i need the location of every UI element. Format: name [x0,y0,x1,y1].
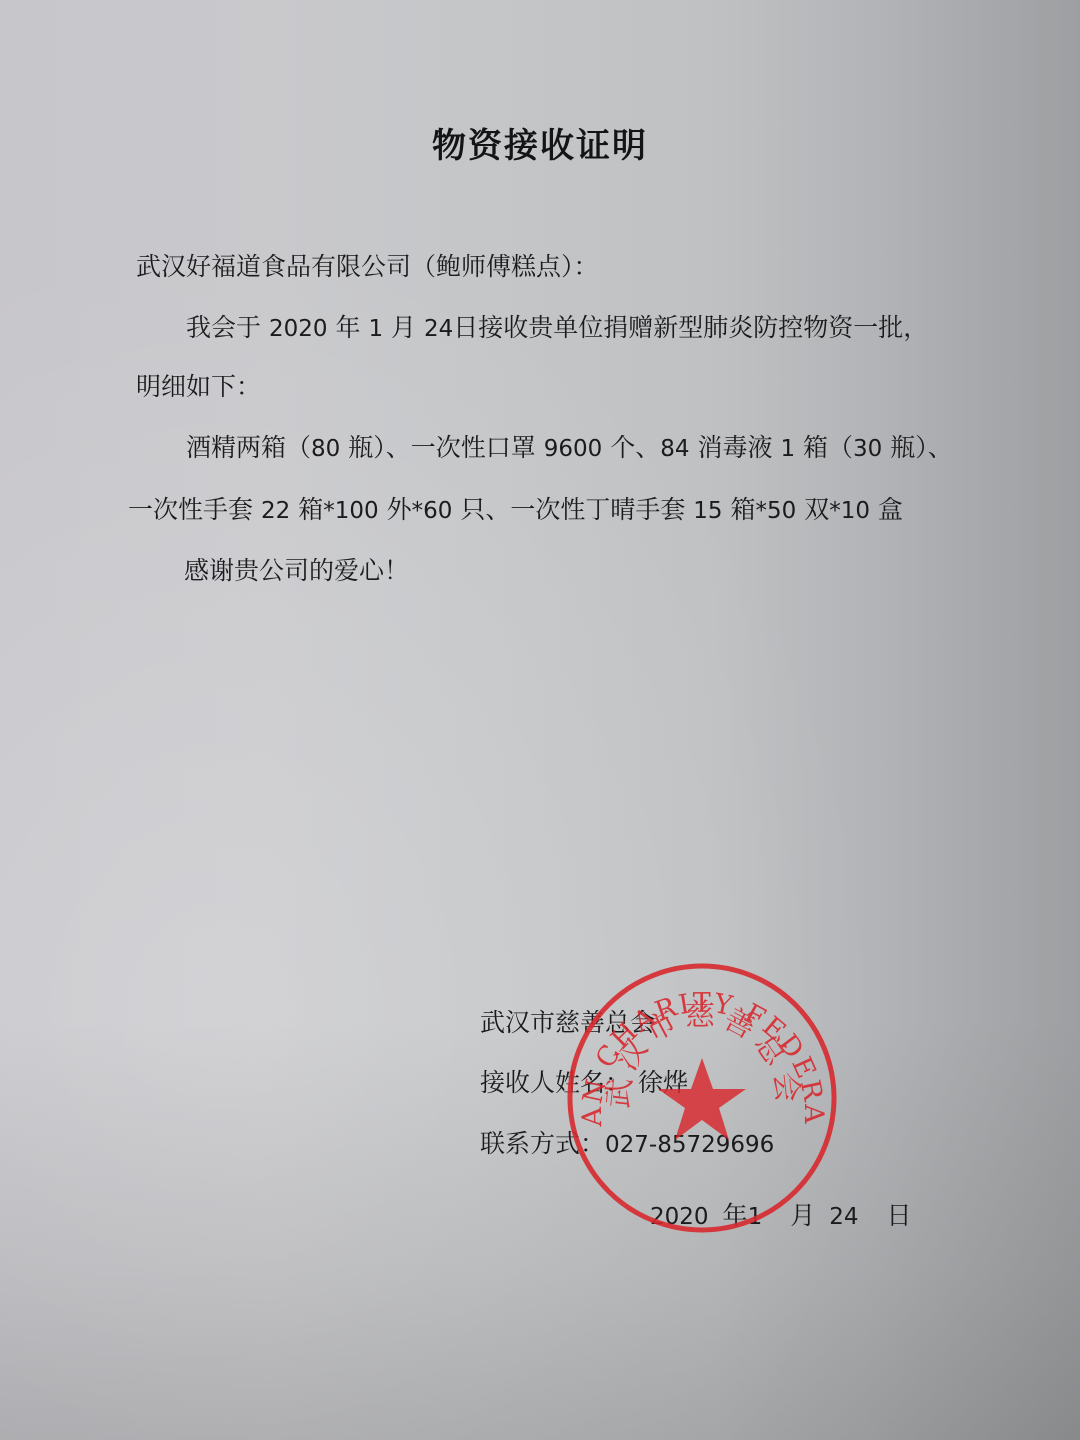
date-year: 2020 [650,1204,709,1230]
document-title: 物资接收证明 [0,118,1080,167]
items-line-1: 酒精两箱（80 瓶）、一次性口罩 9600 个、84 消毒液 1 箱（30 瓶）… [186,428,953,464]
nitrile-mult-1: *50 [756,498,797,524]
alcohol-unit: 瓶）、一次性口罩 [348,433,536,462]
date-month: 1 [748,1204,763,1230]
alcohol-qty: 80 [311,436,340,462]
date-year-unit: 年 [723,1196,748,1232]
gloves-mult-1: *100 [323,498,378,524]
body-intro: 我会于 2020 年 1 月 24日接收贵单位捐赠新型肺炎防控物资一批， [186,308,928,344]
masks-unit: 个、 [610,433,660,462]
date-day-unit: 日 [887,1196,912,1232]
recipient-line: 武汉好福道食品有限公司（鲍师傅糕点）： [136,247,599,283]
date-month-unit: 月 [790,1196,815,1232]
signature-contact: 联系方式：027-85729696 [480,1124,774,1160]
contact-label: 联系方式： [480,1129,605,1158]
document-page: 物资接收证明 武汉好福道食品有限公司（鲍师傅糕点）： 我会于 2020 年 1 … [0,0,1080,1440]
detail-label: 明细如下： [136,367,261,403]
stamp-outer-text: WUHAN CHARITY FEDERATION [562,958,829,1128]
gloves-boxes: 22 [261,498,290,524]
alcohol-label: 酒精两箱（ [186,433,311,462]
nitrile-unit: 盒 [878,495,903,524]
nitrile-boxes: 15 [693,498,722,524]
disinfectant-bottles-unit: 瓶）、 [890,433,953,462]
nitrile-pair: 双 [804,495,829,524]
gloves-unit: 只、一次性丁晴手套 [460,495,685,524]
signature-receiver: 接收人姓名： 徐烨 [480,1063,688,1099]
gloves-boxes-unit: 箱 [298,495,323,524]
disinfectant-bottles: 30 [853,436,882,462]
signature-organization: 武汉市慈善总会 [480,1003,655,1039]
intro-prefix: 我会于 [186,313,261,342]
nitrile-mult-2: *10 [829,498,870,524]
intro-month: 1 [368,316,383,342]
intro-day: 24 [424,316,453,342]
gloves-mult-2: *60 [412,498,453,524]
contact-phone: 027-85729696 [605,1132,774,1158]
masks-qty: 9600 [544,436,603,462]
intro-suffix: 接收贵单位捐赠新型肺炎防控物资一批， [478,313,928,342]
date-day: 24 [829,1204,858,1230]
receiver-name: 徐烨 [638,1068,688,1097]
disinfectant-unit: 箱（ [803,433,853,462]
nitrile-boxes-unit: 箱 [731,495,756,524]
receiver-label: 接收人姓名： [480,1068,630,1097]
gloves-outer: 外 [387,495,412,524]
intro-year: 2020 [269,316,328,342]
disinfectant-num: 84 [660,436,689,462]
intro-day-unit: 日 [453,313,478,342]
thanks-line: 感谢贵公司的爱心！ [184,551,409,587]
gloves-label: 一次性手套 [128,495,253,524]
signature-date: 2020年1月24日 [650,1196,912,1232]
items-line-2: 一次性手套 22 箱*100 外*60 只、一次性丁晴手套 15 箱*50 双*… [128,490,903,526]
disinfectant-label: 消毒液 [697,433,772,462]
intro-year-unit: 年 [335,313,360,342]
disinfectant-qty: 1 [780,436,795,462]
intro-month-unit: 月 [391,313,416,342]
